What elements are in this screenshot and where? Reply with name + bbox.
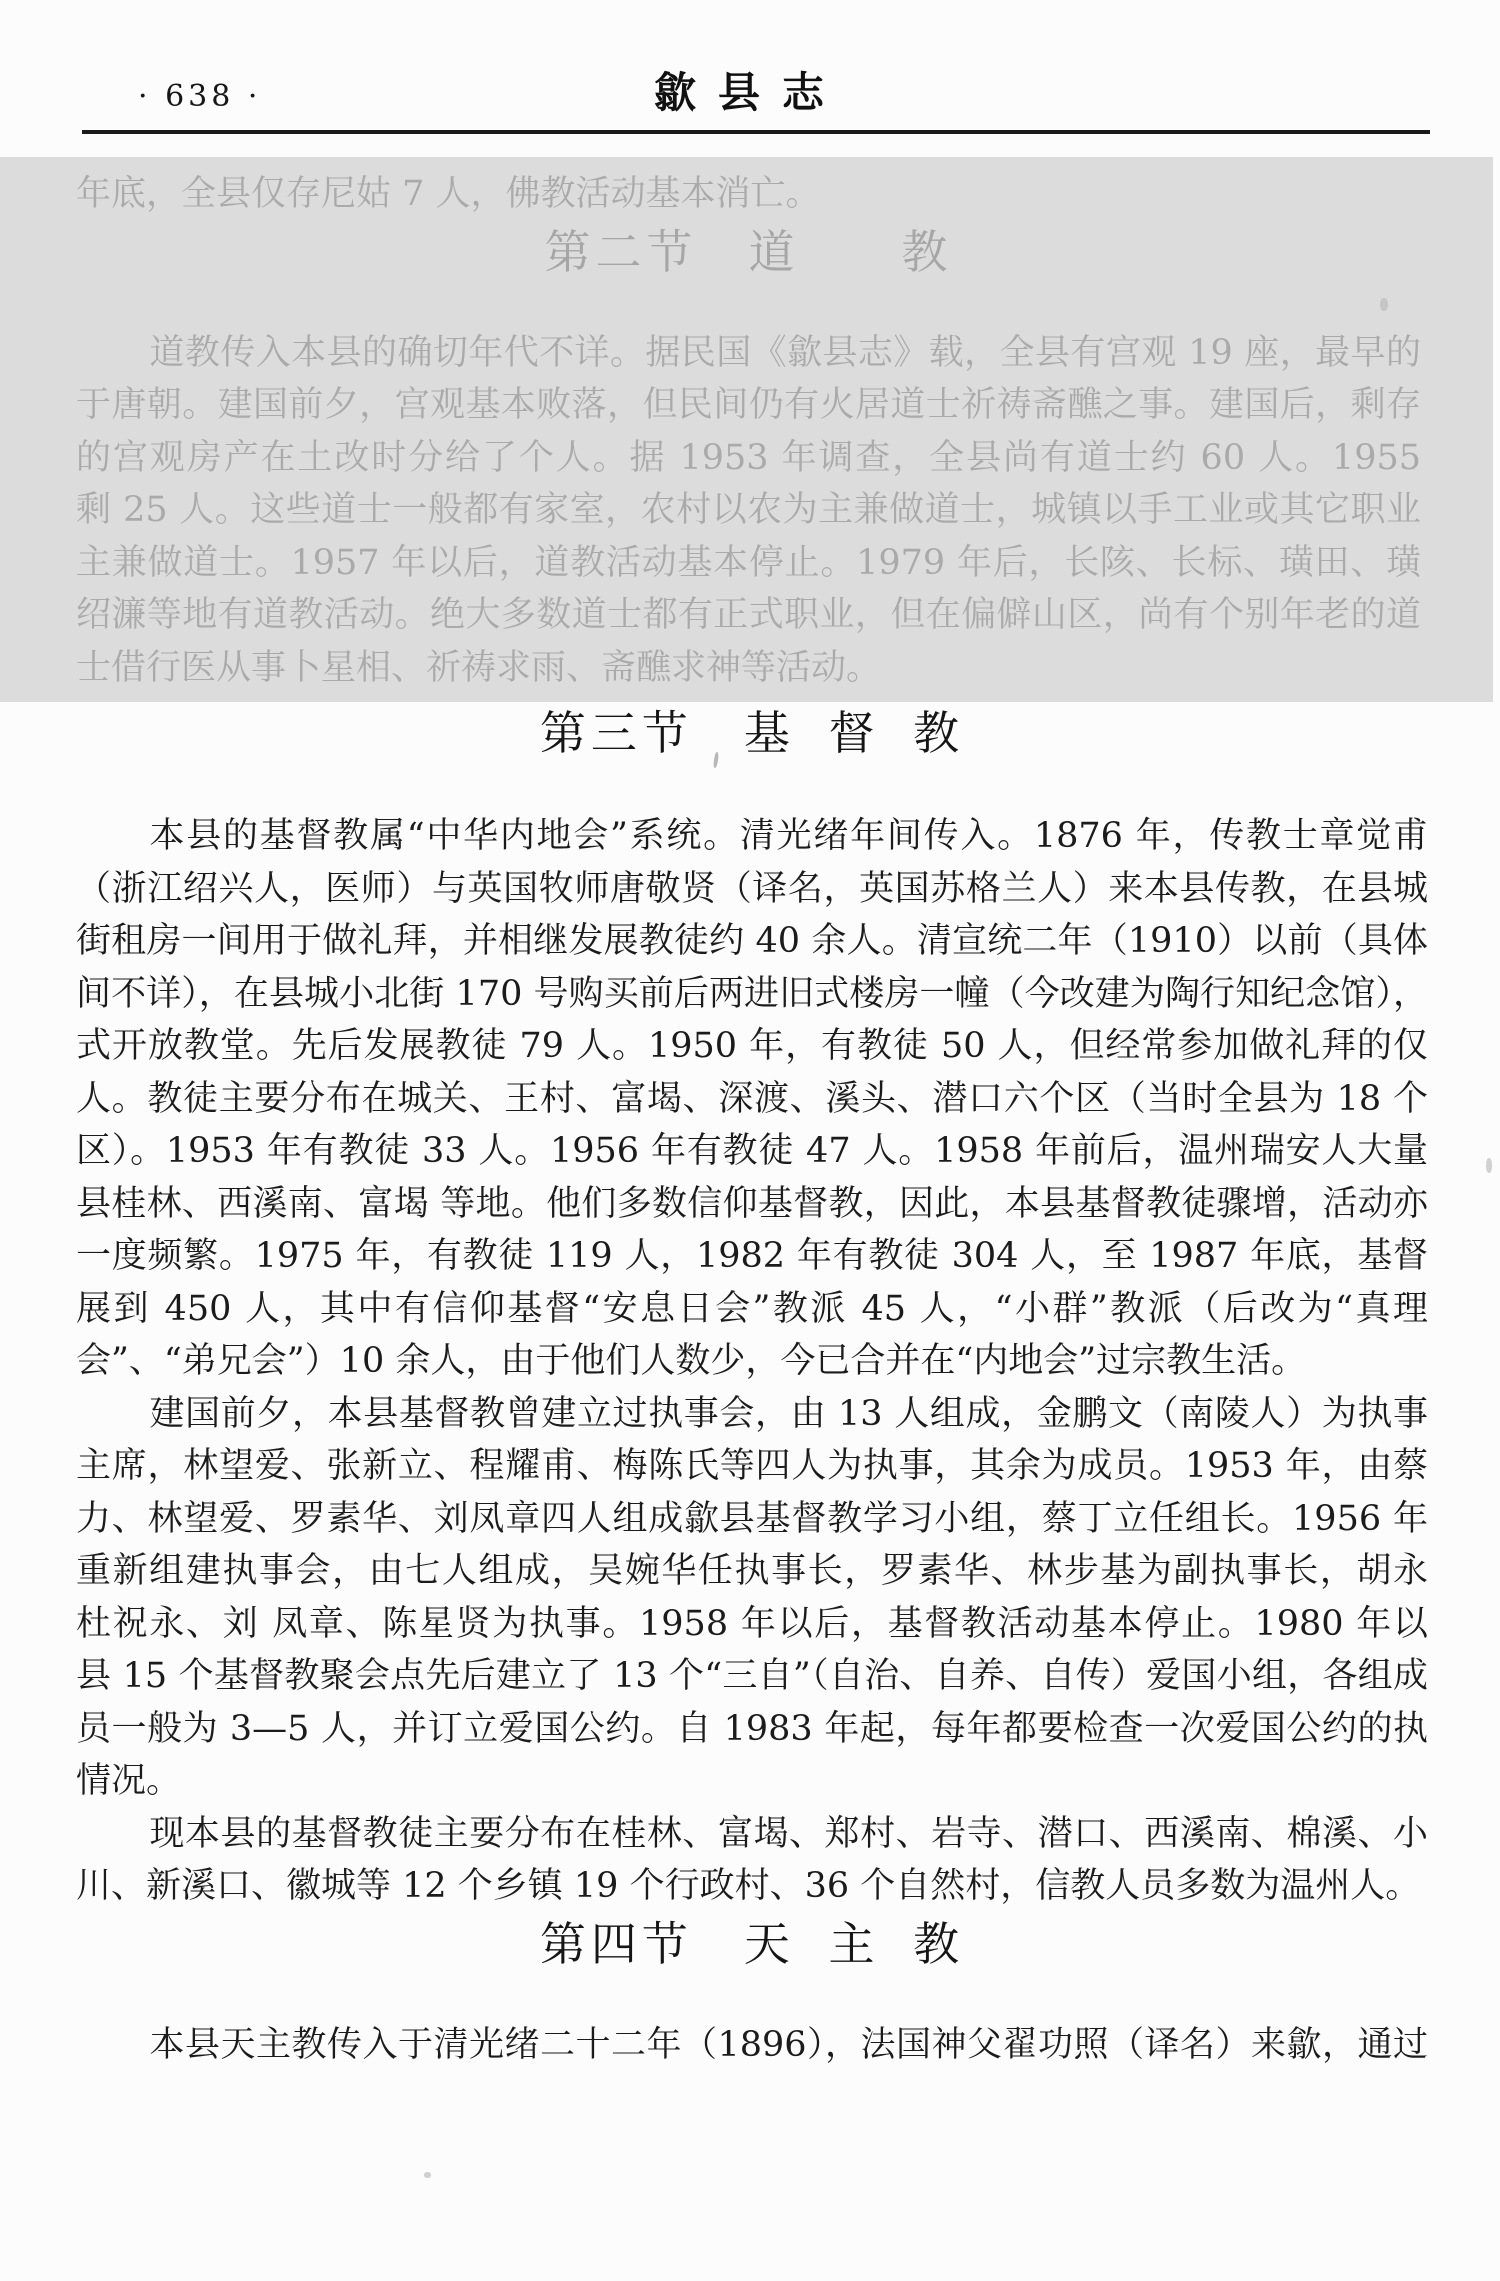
christianity-paragraph-2: 建国前夕，本县基督教曾建立过执事会，由 13 人组成，金鹏文（南陵人）为执事会主… bbox=[76, 1388, 1428, 1808]
header-rule bbox=[82, 130, 1430, 134]
text-line: 情况。 bbox=[76, 1755, 1428, 1808]
book-page: · 638 · 歙县志 年底，全县仅存尼姑 7 人，佛教活动基本消亡。 第二节 … bbox=[0, 0, 1500, 2281]
text-line: 力、林望爱、罗素华、刘凤章四人组成歙县基督教学习小组，蔡丁立任组长。1956 年… bbox=[76, 1493, 1428, 1546]
text-line: 人。教徒主要分布在城关、王村、富堨、深渡、溪头、潜口六个区（当时全县为 18 个 bbox=[76, 1073, 1428, 1126]
text-line: 县桂林、西溪南、富堨 等地。他们多数信仰基督教，因此，本县基督教徒骤增，活动亦 bbox=[76, 1178, 1428, 1231]
text-line: 区）。1953 年有教徒 33 人。1956 年有教徒 47 人。1958 年前… bbox=[76, 1125, 1428, 1178]
buddhism-closing-paragraph: 年底，全县仅存尼姑 7 人，佛教活动基本消亡。 bbox=[76, 168, 1421, 221]
text-line: 会”、“弟兄会”）10 余人，由于他们人数少，今已合并在“内地会”过宗教生活。 bbox=[76, 1335, 1428, 1388]
christianity-section-heading: 第三节 基 督 教 bbox=[76, 702, 1428, 764]
text-line: 重新组建执事会，由七人组成，吴婉华任执事长，罗素华、林步基为副执事长，胡永福、 bbox=[76, 1545, 1428, 1598]
text-line: 街租房一间用于做礼拜，并相继发展教徒约 40 余人。清宣统二年（1910）以前（… bbox=[76, 915, 1428, 968]
text-line: 川、新溪口、徽城等 12 个乡镇 19 个行政村、36 个自然村，信教人员多数为… bbox=[76, 1860, 1428, 1913]
catholicism-paragraph: 本县天主教传入于清光绪二十二年（1896），法国神父翟功照（译名）来歙，通过秀 bbox=[76, 2019, 1428, 2072]
text-line: 的宫观房产在土改时分给了个人。据 1953 年调查，全县尚有道士约 60 人。1… bbox=[76, 432, 1421, 485]
text-line: （浙江绍兴人，医师）与英国牧师唐敬贤（译名，英国苏格兰人）来本县传教，在县城西 bbox=[76, 863, 1428, 916]
taoism-paragraph: 道教传入本县的确切年代不详。据民国《歙县志》载，全县有宫观 19 座，最早的建于… bbox=[76, 327, 1421, 695]
scan-speck bbox=[1486, 1158, 1492, 1173]
text-line: 一度频繁。1975 年，有教徒 119 人，1982 年有教徒 304 人，至 … bbox=[76, 1230, 1428, 1283]
text-line: 士借行医从事卜星相、祈祷求雨、斋醮求神等活动。 bbox=[76, 642, 1421, 695]
text-line: 杜祝永、刘 凤章、陈星贤为执事。1958 年以后，基督教活动基本停止。1980 … bbox=[76, 1598, 1428, 1651]
text-line: 年底，全县仅存尼姑 7 人，佛教活动基本消亡。 bbox=[76, 168, 1421, 221]
text-line: 主席，林望爱、张新立、程耀甫、梅陈氏等四人为执事，其余为成员。1953 年，由蔡… bbox=[76, 1440, 1428, 1493]
christianity-paragraph-1: 本县的基督教属“中华内地会”系统。清光绪年间传入。1876 年，传教士章觉甫（浙… bbox=[76, 810, 1428, 1388]
text-line: 展到 450 人，其中有信仰基督“安息日会”教派 45 人，“小群”教派（后改为… bbox=[76, 1283, 1428, 1336]
text-line: 员一般为 3—5 人，并订立爱国公约。自 1983 年起，每年都要检查一次爱国公… bbox=[76, 1703, 1428, 1756]
text-line: 主兼做道士。1957 年以后，道教活动基本停止。1979 年后，长陔、长标、璜田… bbox=[76, 537, 1421, 590]
text-line: 绍濂等地有道教活动。绝大多数道士都有正式职业，但在偏僻山区，尚有个别年老的道 bbox=[76, 589, 1421, 642]
text-line: 间不详），在县城小北街 170 号购买前后两进旧式楼房一幢（今改建为陶行知纪念馆… bbox=[76, 968, 1428, 1021]
catholicism-section-heading: 第四节 天 主 教 bbox=[76, 1913, 1428, 1975]
text-line: 本县天主教传入于清光绪二十二年（1896），法国神父翟功照（译名）来歙，通过秀 bbox=[76, 2019, 1428, 2072]
text-line: 式开放教堂。先后发展教徒 79 人。1950 年，有教徒 50 人，但经常参加做… bbox=[76, 1020, 1428, 1073]
faded-scan-block: 年底，全县仅存尼姑 7 人，佛教活动基本消亡。 第二节 道 教 道教传入本县的确… bbox=[0, 157, 1493, 702]
text-line: 剩 25 人。这些道士一般都有家室，农村以农为主兼做道士，城镇以手工业或其它职业… bbox=[76, 484, 1421, 537]
scan-speck bbox=[1380, 298, 1388, 311]
page-number: · 638 · bbox=[138, 79, 261, 114]
text-line: 道教传入本县的确切年代不详。据民国《歙县志》载，全县有宫观 19 座，最早的建 bbox=[76, 327, 1421, 380]
christianity-paragraph-3: 现本县的基督教徒主要分布在桂林、富堨、郑村、岩寺、潜口、西溪南、棉溪、小川、新溪… bbox=[76, 1808, 1428, 1913]
taoism-section-heading: 第二节 道 教 bbox=[76, 221, 1421, 283]
text-line: 现本县的基督教徒主要分布在桂林、富堨、郑村、岩寺、潜口、西溪南、棉溪、小 bbox=[76, 1808, 1428, 1861]
text-line: 建国前夕，本县基督教曾建立过执事会，由 13 人组成，金鹏文（南陵人）为执事会 bbox=[76, 1388, 1428, 1441]
text-line: 于唐朝。建国前夕，宫观基本败落，但民间仍有火居道士祈祷斋醮之事。建国后，剩存 bbox=[76, 379, 1421, 432]
text-line: 县 15 个基督教聚会点先后建立了 13 个“三自”（自治、自养、自传）爱国小组… bbox=[76, 1650, 1428, 1703]
scan-speck bbox=[424, 2172, 431, 2178]
text-line: 本县的基督教属“中华内地会”系统。清光绪年间传入。1876 年，传教士章觉甫 bbox=[76, 810, 1428, 863]
page-header: · 638 · 歙县志 bbox=[0, 0, 1500, 116]
